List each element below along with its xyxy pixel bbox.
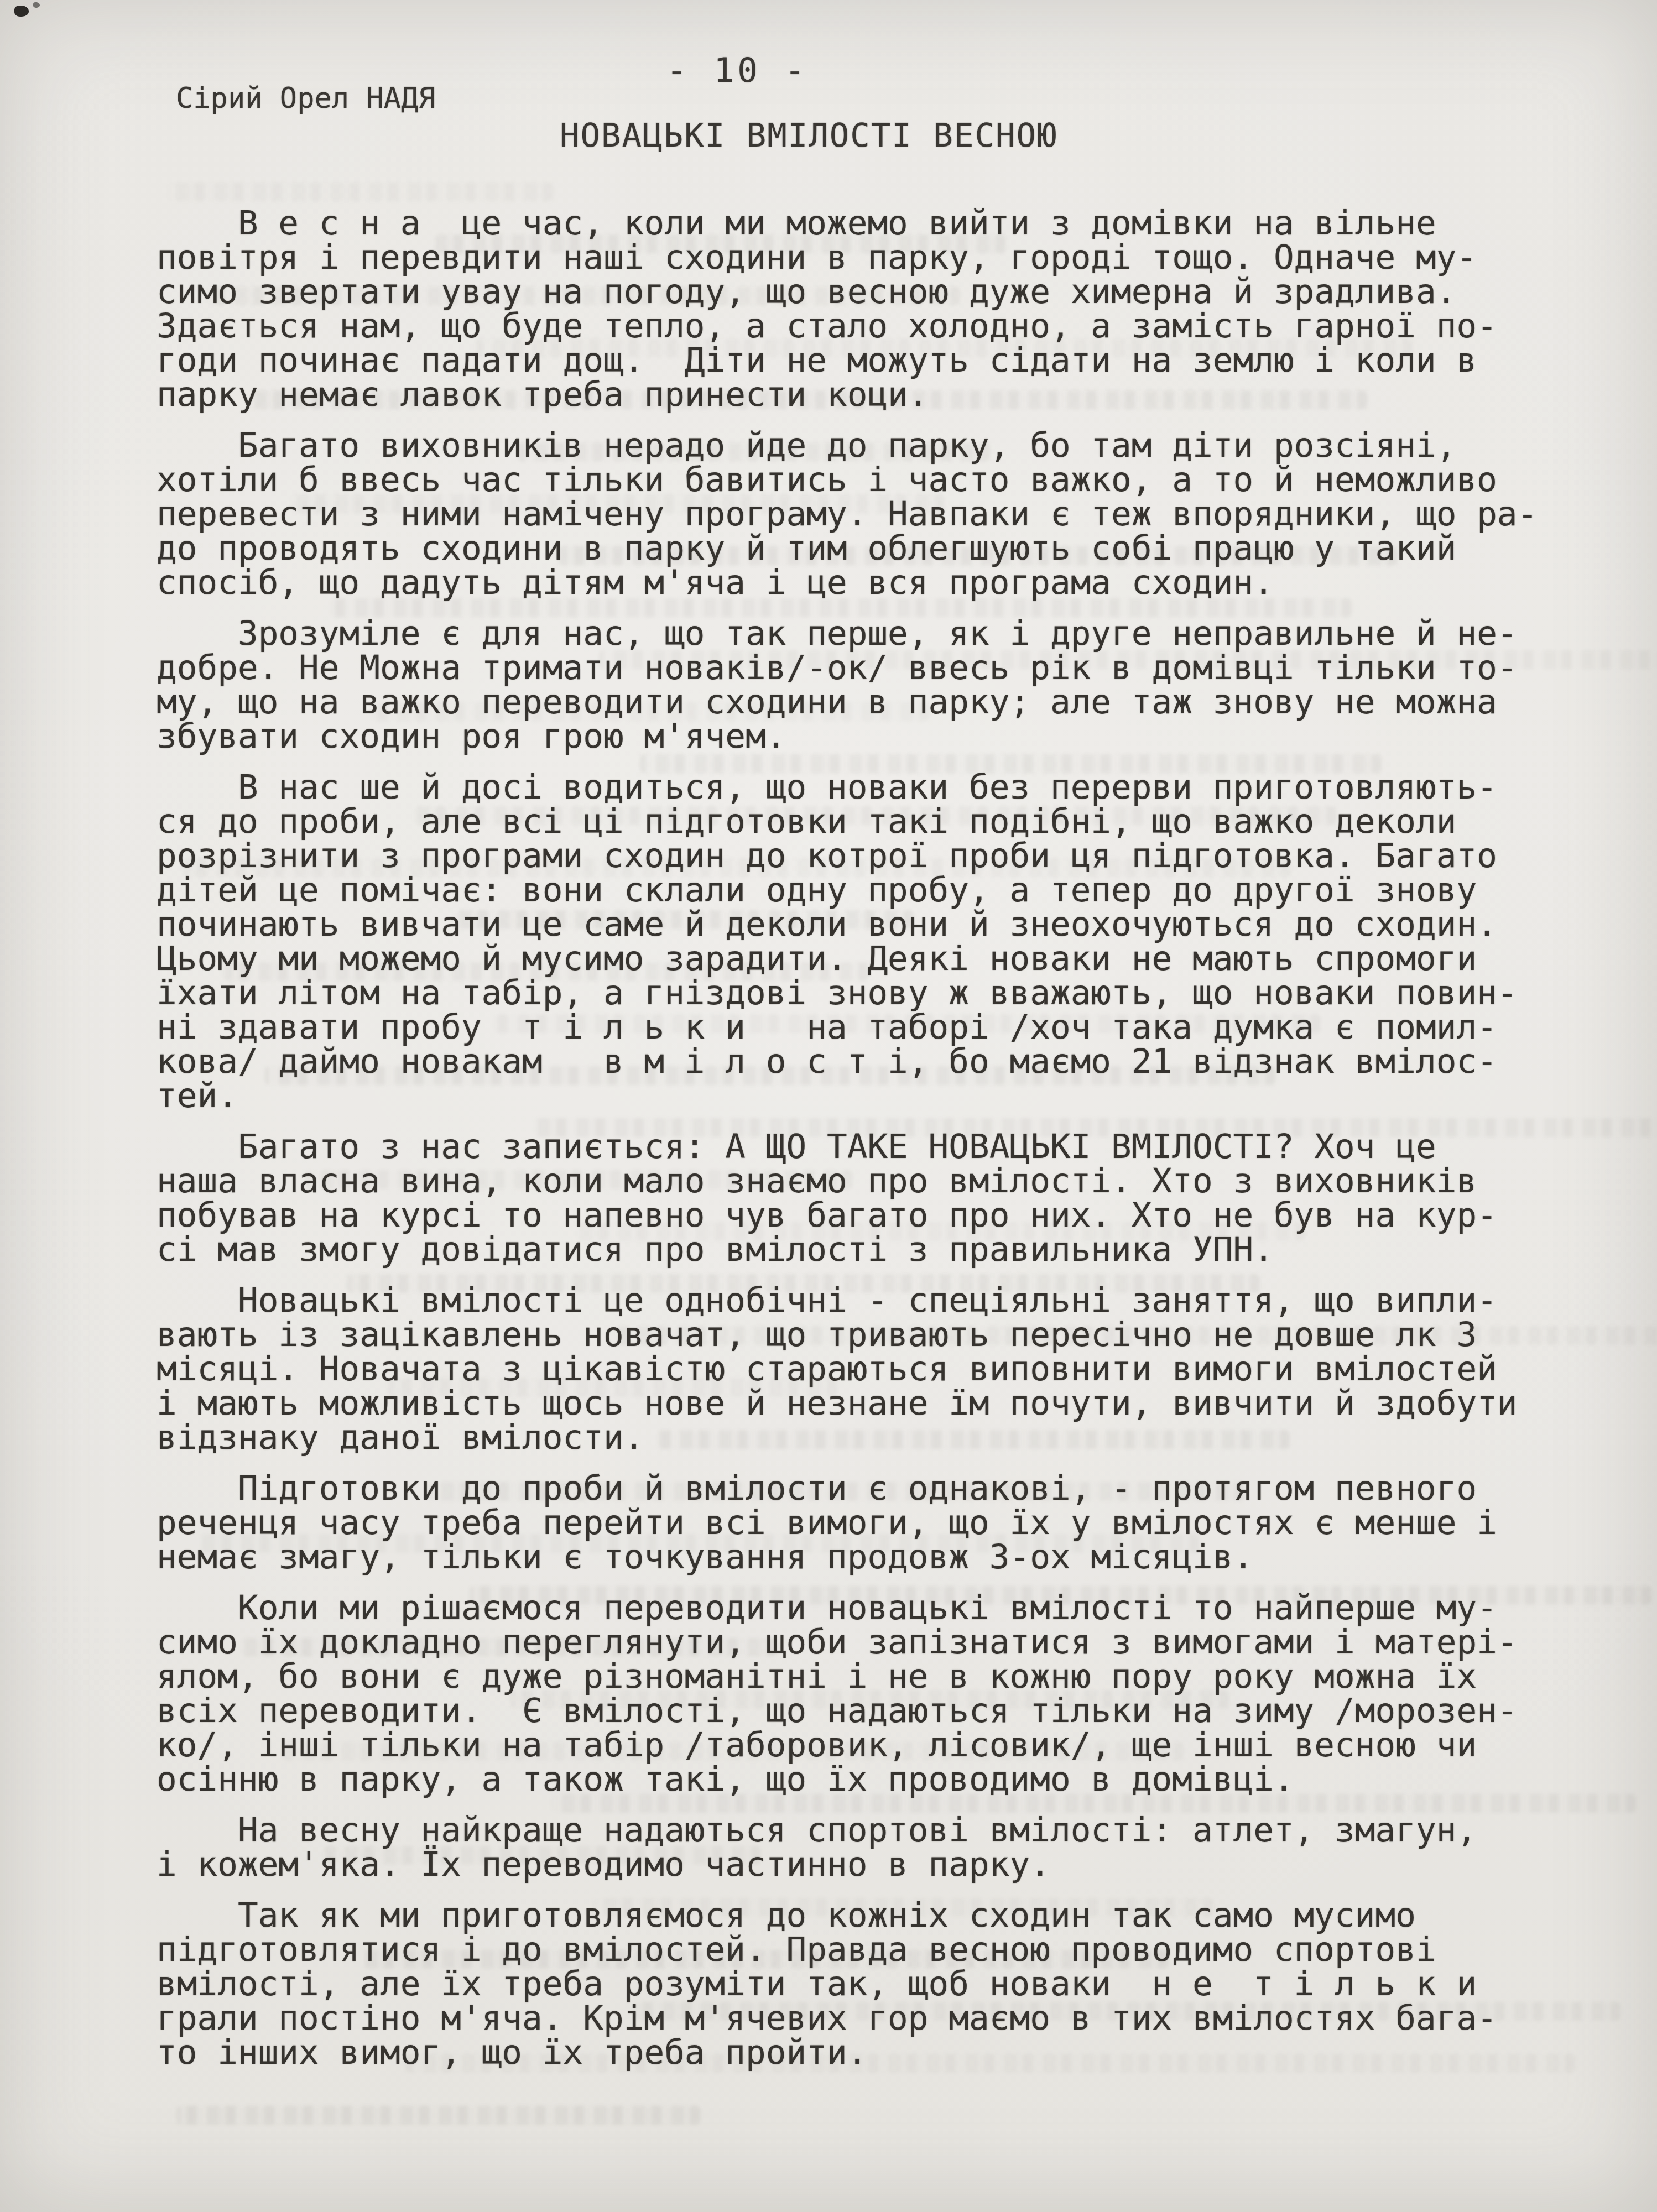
paragraph: Коли ми рішаємося переводити новацькі вм…	[157, 1591, 1628, 1797]
page-title: НОВАЦЬКІ ВМІЛОСТІ ВЕСНОЮ	[560, 116, 1058, 154]
scan-speck	[33, 2, 40, 8]
bleedthrough-line	[176, 2106, 700, 2125]
paragraph: На весну найкраще надаються спортові вмі…	[157, 1813, 1628, 1882]
document-body: В е с н а це час, коли ми можемо вийти з…	[157, 206, 1628, 2086]
paragraph: В е с н а це час, коли ми можемо вийти з…	[157, 206, 1628, 412]
paragraph: Багато виховників нерадо йде до парку, б…	[157, 429, 1628, 600]
paragraph: Зрозуміле є для нас, що так перше, як і …	[157, 617, 1628, 754]
bleedthrough-line	[166, 182, 553, 201]
paragraph: В нас ше й досі водиться, що новаки без …	[157, 770, 1628, 1113]
author-line: Сірий Орел НАДЯ	[176, 82, 436, 115]
paragraph: Підготовки до проби й вмілости є однаков…	[157, 1472, 1628, 1574]
paragraph: Так як ми приготовляємося до кожніх сход…	[157, 1898, 1628, 2070]
paragraph: Новацькі вмілості це однобічні - спеціял…	[157, 1284, 1628, 1455]
paragraph: Багато з нас запиється: А ЩО ТАКЕ НОВАЦЬ…	[157, 1130, 1628, 1267]
scanned-document-page: - 10 - Сірий Орел НАДЯ НОВАЦЬКІ ВМІЛОСТІ…	[0, 0, 1657, 2212]
scan-speck	[14, 6, 29, 17]
page-number: - 10 -	[666, 51, 808, 90]
